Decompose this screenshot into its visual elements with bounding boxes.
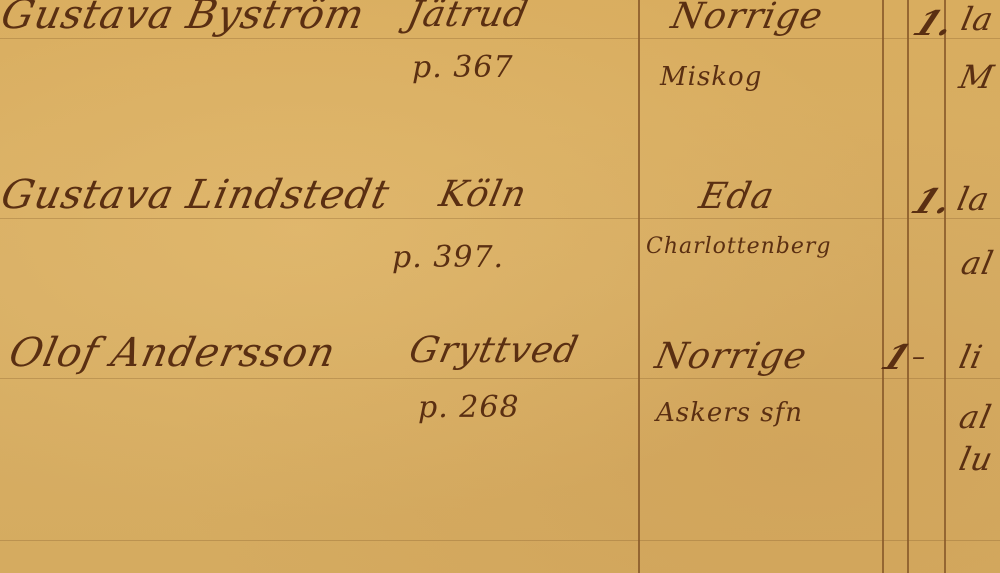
entry-destination-detail: Askers sfn (656, 398, 803, 428)
entry-count-dash: – (912, 342, 926, 372)
entry-count: 1. (905, 182, 961, 222)
ruled-line (0, 378, 1000, 379)
entry-note-cutoff: li (956, 338, 987, 376)
entry-page-ref: p. 367 (412, 50, 514, 85)
register-page: Gustava Byström Jätrud p. 367 Norrige Mi… (0, 0, 1000, 573)
entry-parish: Jätrud (404, 0, 533, 35)
entry-destination-detail: Charlottenberg (646, 234, 832, 259)
column-divider-count-left (882, 0, 884, 573)
entry-name: Olof Andersson (5, 330, 340, 376)
entry-page-ref: p. 397. (392, 240, 504, 275)
ruled-line (0, 38, 1000, 39)
entry-note-cutoff: la (958, 0, 997, 38)
entry-note-cutoff: al (958, 244, 997, 282)
entry-destination: Norrige (652, 336, 811, 377)
ruled-line (0, 540, 1000, 541)
column-divider-count-right (907, 0, 909, 573)
entry-destination-detail: Miskog (660, 62, 762, 92)
entry-page-ref: p. 268 (418, 390, 520, 425)
ruled-line (0, 218, 1000, 219)
entry-parish: Gryttved (406, 330, 583, 371)
entry-note-cutoff: M (956, 58, 998, 96)
entry-note-cutoff: lu (956, 440, 997, 478)
entry-name: Gustava Byström (0, 0, 369, 38)
entry-name: Gustava Lindstedt (0, 172, 394, 218)
entry-parish: Köln (436, 174, 531, 215)
column-divider-destination (638, 0, 640, 573)
entry-destination: Eda (696, 176, 779, 217)
entry-note-cutoff: la (954, 180, 993, 218)
entry-note-cutoff: al (956, 398, 995, 436)
entry-destination: Norrige (668, 0, 827, 37)
column-divider-notes (944, 0, 946, 573)
